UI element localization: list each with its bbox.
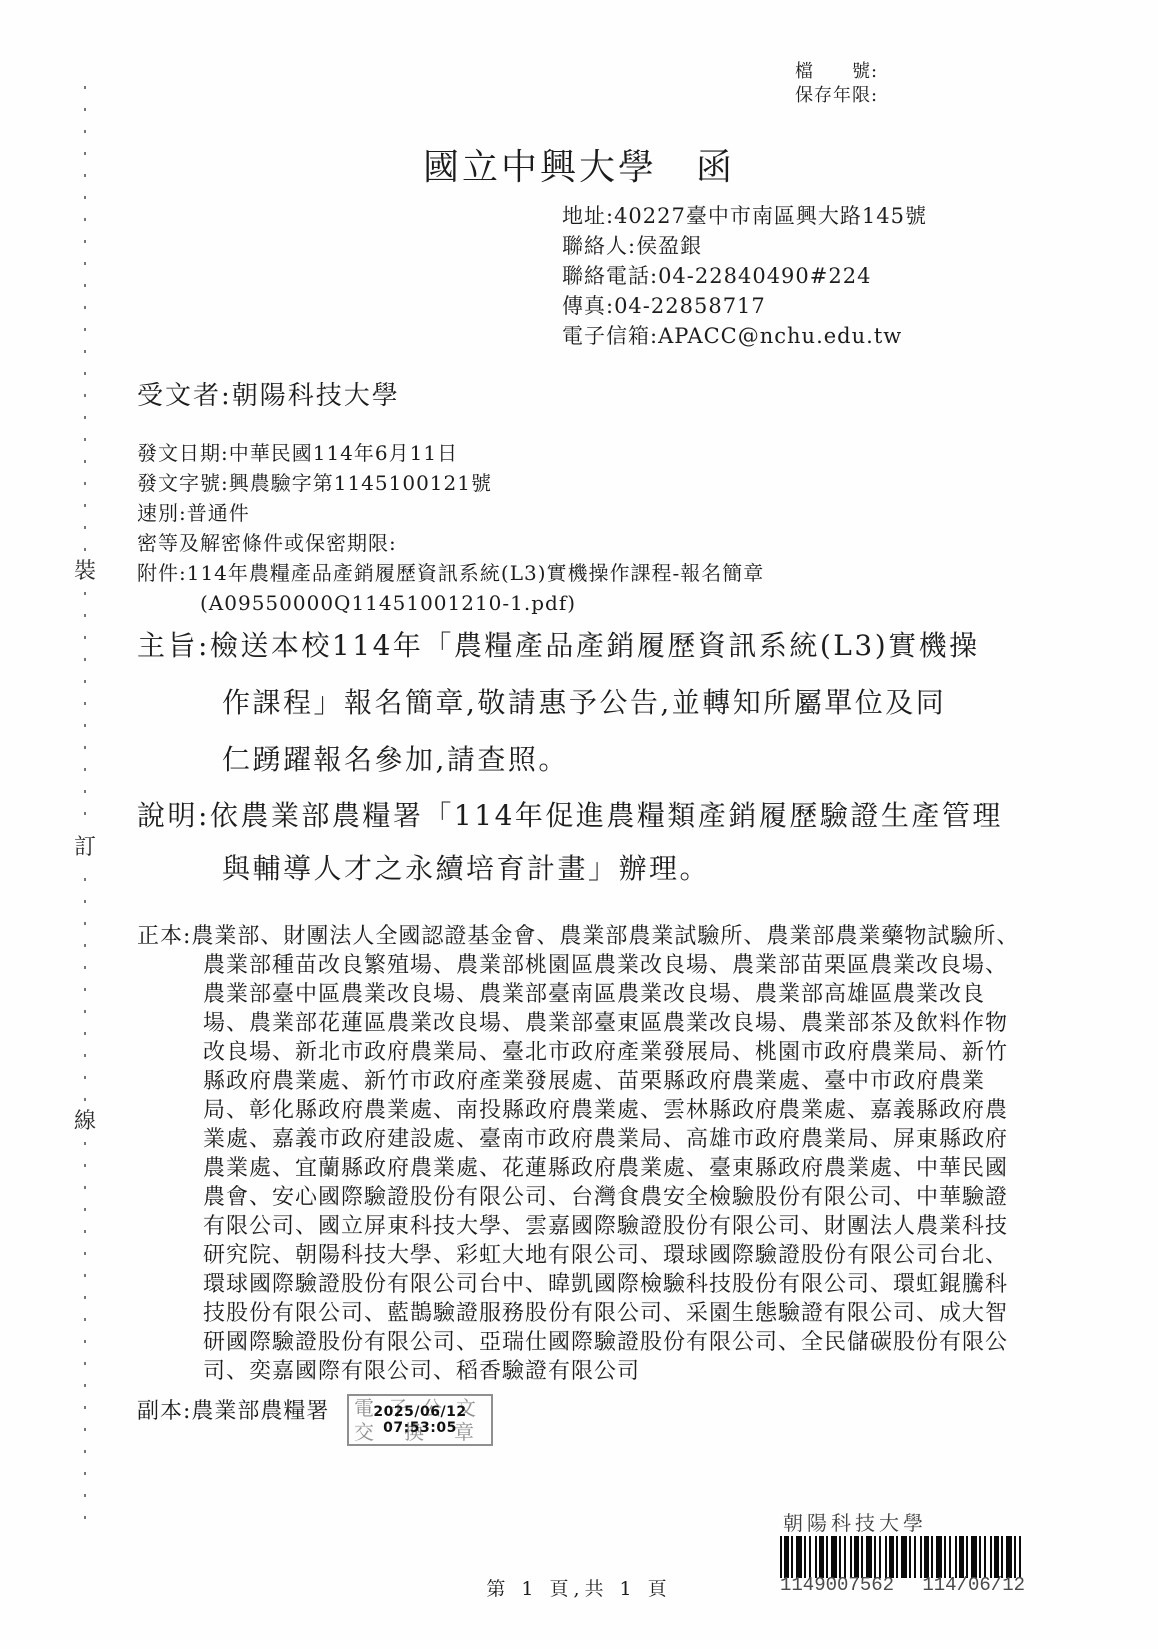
binding-mark-zhuang: 裝 [69,556,101,588]
sender-fax: 傳真:04-22858717 [562,291,927,321]
binding-dotted-line [84,86,86,1526]
subject-line: 仁踴躍報名參加,請查照。 [137,731,980,788]
description-line: 與輔導人才之永續培育計畫」辦理。 [137,842,1003,895]
sender-email: 電子信箱:APACC@nchu.edu.tw [562,321,927,351]
subject-section: 主旨:檢送本校114年「農糧產品產銷履歷資訊系統(L3)實機操 作課程」報名簡章… [137,617,980,788]
subject-line: 主旨:檢送本校114年「農糧產品產銷履歷資訊系統(L3)實機操 [137,617,980,674]
cc-recipient: 農業部農糧署 [191,1399,329,1424]
receiver-name: 朝陽科技大學 [783,1510,927,1536]
sender-info-block: 地址:40227臺中市南區興大路145號 聯絡人:侯盈銀 聯絡電話:04-228… [562,201,927,351]
sender-phone: 聯絡電話:04-22840490#224 [562,261,927,291]
recipient-line: 受文者:朝陽科技大學 [137,380,400,412]
barcode [780,1536,1025,1578]
attachment-line: 附件:114年農糧產品產銷履歷資訊系統(L3)實機操作課程-報名簡章 [137,558,764,588]
electronic-exchange-stamp: 電子公文 交換章 2025/06/12 07:53:05 [347,1394,493,1446]
file-number-label: 檔 號: [795,60,878,84]
document-page: 裝 訂 線 檔 號: 保存年限: 國立中興大學 函 地址:40227臺中市南區興… [0,0,1158,1649]
file-number-block: 檔 號: 保存年限: [795,60,878,108]
cc-section: 副本:農業部農糧署 [137,1397,329,1426]
binding-mark-ding: 訂 [69,832,101,864]
original-recipients-list: 農業部、財團法人全國認證基金會、農業部農業試驗所、農業部農業藥物試驗所、農業部種… [191,924,1019,1384]
stamp-date: 2025/06/12 [373,1404,466,1420]
stamp-datetime: 2025/06/12 07:53:05 [349,1396,491,1444]
original-label: 正本: [137,924,191,949]
doc-number-line: 發文字號:興農驗字第1145100121號 [137,468,764,498]
description-line: 說明:依農業部農糧署「114年促進農糧類產銷履歷驗證生產管理 [137,789,1003,842]
sender-contact-person: 聯絡人:侯盈銀 [562,231,927,261]
doc-date-line: 發文日期:中華民國114年6月11日 [137,438,764,468]
security-class-line: 密等及解密條件或保密期限: [137,528,764,558]
description-section: 說明:依農業部農糧署「114年促進農糧類產銷履歷驗證生產管理 與輔導人才之永續培… [137,789,1003,895]
attachment-filename: (A09550000Q11451001210-1.pdf) [137,588,764,618]
document-title: 國立中興大學 函 [0,146,1158,190]
page-number-footer: 第 1 頁,共 1 頁 [0,1574,1158,1601]
sender-address: 地址:40227臺中市南區興大路145號 [562,201,927,231]
stamp-time: 07:53:05 [383,1420,457,1436]
subject-line: 作課程」報名簡章,敬請惠予公告,並轉知所屬單位及同 [137,674,980,731]
binding-mark-xian: 線 [69,1106,101,1138]
speed-class-line: 速別:普通件 [137,498,764,528]
cc-label: 副本: [137,1399,191,1424]
document-meta-block: 發文日期:中華民國114年6月11日 發文字號:興農驗字第1145100121號… [137,438,764,618]
original-recipients-section: 正本:農業部、財團法人全國認證基金會、農業部農業試驗所、農業部農業藥物試驗所、農… [137,922,1021,1386]
retention-period-label: 保存年限: [795,84,878,108]
